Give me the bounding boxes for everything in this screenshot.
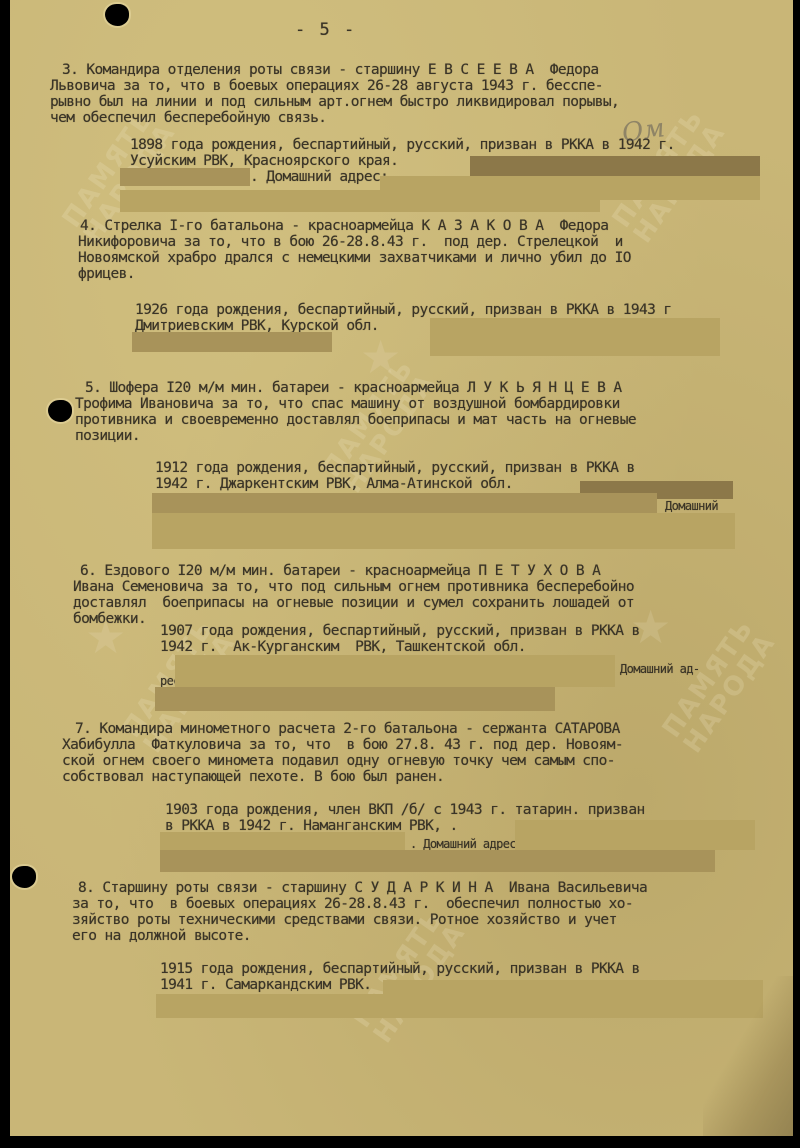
redaction-block xyxy=(515,820,755,850)
page-number: - 5 - xyxy=(295,22,356,38)
entry-line: рывно был на линии и под сильным арт.огн… xyxy=(50,94,619,110)
entry-line: ской огнем своего миномета подавил одну … xyxy=(62,753,615,769)
bio-line: 1915 года рождения, беспартийный, русски… xyxy=(160,961,640,977)
entry-line: 7. Командира минометного расчета 2-го ба… xyxy=(75,721,620,737)
entry-line: его на должной высоте. xyxy=(72,928,251,944)
bio-line: Усуйским РВК, Красноярского края. xyxy=(130,153,398,169)
bio-line: Домашний xyxy=(665,498,718,514)
redaction-block xyxy=(160,850,715,872)
entry-line: Никифоровича за то, что в бою 26-28.8.43… xyxy=(78,234,623,250)
entry-line: 3. Командира отделения роты связи - стар… xyxy=(62,62,599,78)
entry-line: фрицев. xyxy=(78,266,135,282)
watermark-line1: ПАМЯТЬ xyxy=(657,614,760,744)
handwritten-signature: Ом xyxy=(620,113,667,149)
entry-line: Трофима Ивановича за то, что спас машину… xyxy=(75,396,620,412)
entry-line: за то, что в боевых операциях 26-28.8.43… xyxy=(72,896,633,912)
bio-line: 1907 года рождения, беспартийный, русски… xyxy=(160,623,640,639)
star-icon: ★ xyxy=(360,330,401,384)
bio-line: 1926 года рождения, беспартийный, русски… xyxy=(135,302,672,318)
bio-line: 1942 г. Джаркентским РВК, Алма-Атинской … xyxy=(155,476,513,492)
entry-line: позиции. xyxy=(75,428,140,444)
redaction-block xyxy=(120,190,600,212)
entry-line: доставлял боеприпасы на огневые позиции … xyxy=(73,595,634,611)
entry-line: противника и своевременно доставлял боеп… xyxy=(75,412,636,428)
entry-line: чем обеспечил бесперебойную связь. xyxy=(50,110,326,126)
redaction-block xyxy=(152,513,735,549)
punch-hole xyxy=(48,400,72,422)
redaction-block xyxy=(132,332,332,352)
punch-hole xyxy=(12,866,36,888)
entry-line: 5. Шофера I20 м/м мин. батареи - красноа… xyxy=(85,380,622,396)
entry-line: 4. Стрелка I-го батальона - красноармейц… xyxy=(80,218,608,234)
entry-line: Ивана Семеновича за то, что под сильным … xyxy=(73,579,634,595)
redaction-block xyxy=(160,832,405,850)
document-page: ПАМЯТЬНАРОДА ПАМЯТЬНАРОДА ПАМЯТЬНАРОДА П… xyxy=(10,0,793,1136)
entry-line: Новоямской храбро дрался с немецкими зах… xyxy=(78,250,631,266)
bio-line: 1903 года рождения, член ВКП /б/ с 1943 … xyxy=(165,802,645,818)
bio-line: Домашний ад- xyxy=(620,661,700,677)
entry-line: бомбежки. xyxy=(73,611,146,627)
bio-line: 1941 г. Самаркандским РВК. xyxy=(160,977,371,993)
redaction-block xyxy=(175,655,615,687)
bio-line: 1942 г. Ак-Курганским РВК, Ташкентской о… xyxy=(160,639,526,655)
entry-line: 8. Старшину роты связи - старшину С У Д … xyxy=(78,880,647,896)
redaction-block xyxy=(155,687,555,711)
redaction-block xyxy=(383,980,763,1018)
redaction-block xyxy=(156,994,386,1018)
bio-line: 1912 года рождения, беспартийный, русски… xyxy=(155,460,635,476)
watermark: ПАМЯТЬНАРОДА xyxy=(658,614,780,757)
watermark-line2: НАРОДА xyxy=(678,628,782,759)
entry-line: 6. Ездового I20 м/м мин. батареи - красн… xyxy=(80,563,600,579)
redaction-block xyxy=(120,168,250,186)
entry-line: зяйство роты техническими средствами свя… xyxy=(72,912,617,928)
bio-line: . Домашний адрес: xyxy=(250,169,388,185)
redaction-block xyxy=(152,493,657,513)
entry-line: Хабибулла Фаткуловича за то, что в бою 2… xyxy=(62,737,623,753)
entry-line: собствовал наступающей пехоте. В бою был… xyxy=(62,769,444,785)
bio-line: 1898 года рождения, беспартийный, русски… xyxy=(130,137,675,153)
punch-hole xyxy=(105,4,129,26)
entry-line: Львовича за то, что в боевых операциях 2… xyxy=(50,78,603,94)
redaction-block xyxy=(430,318,720,356)
